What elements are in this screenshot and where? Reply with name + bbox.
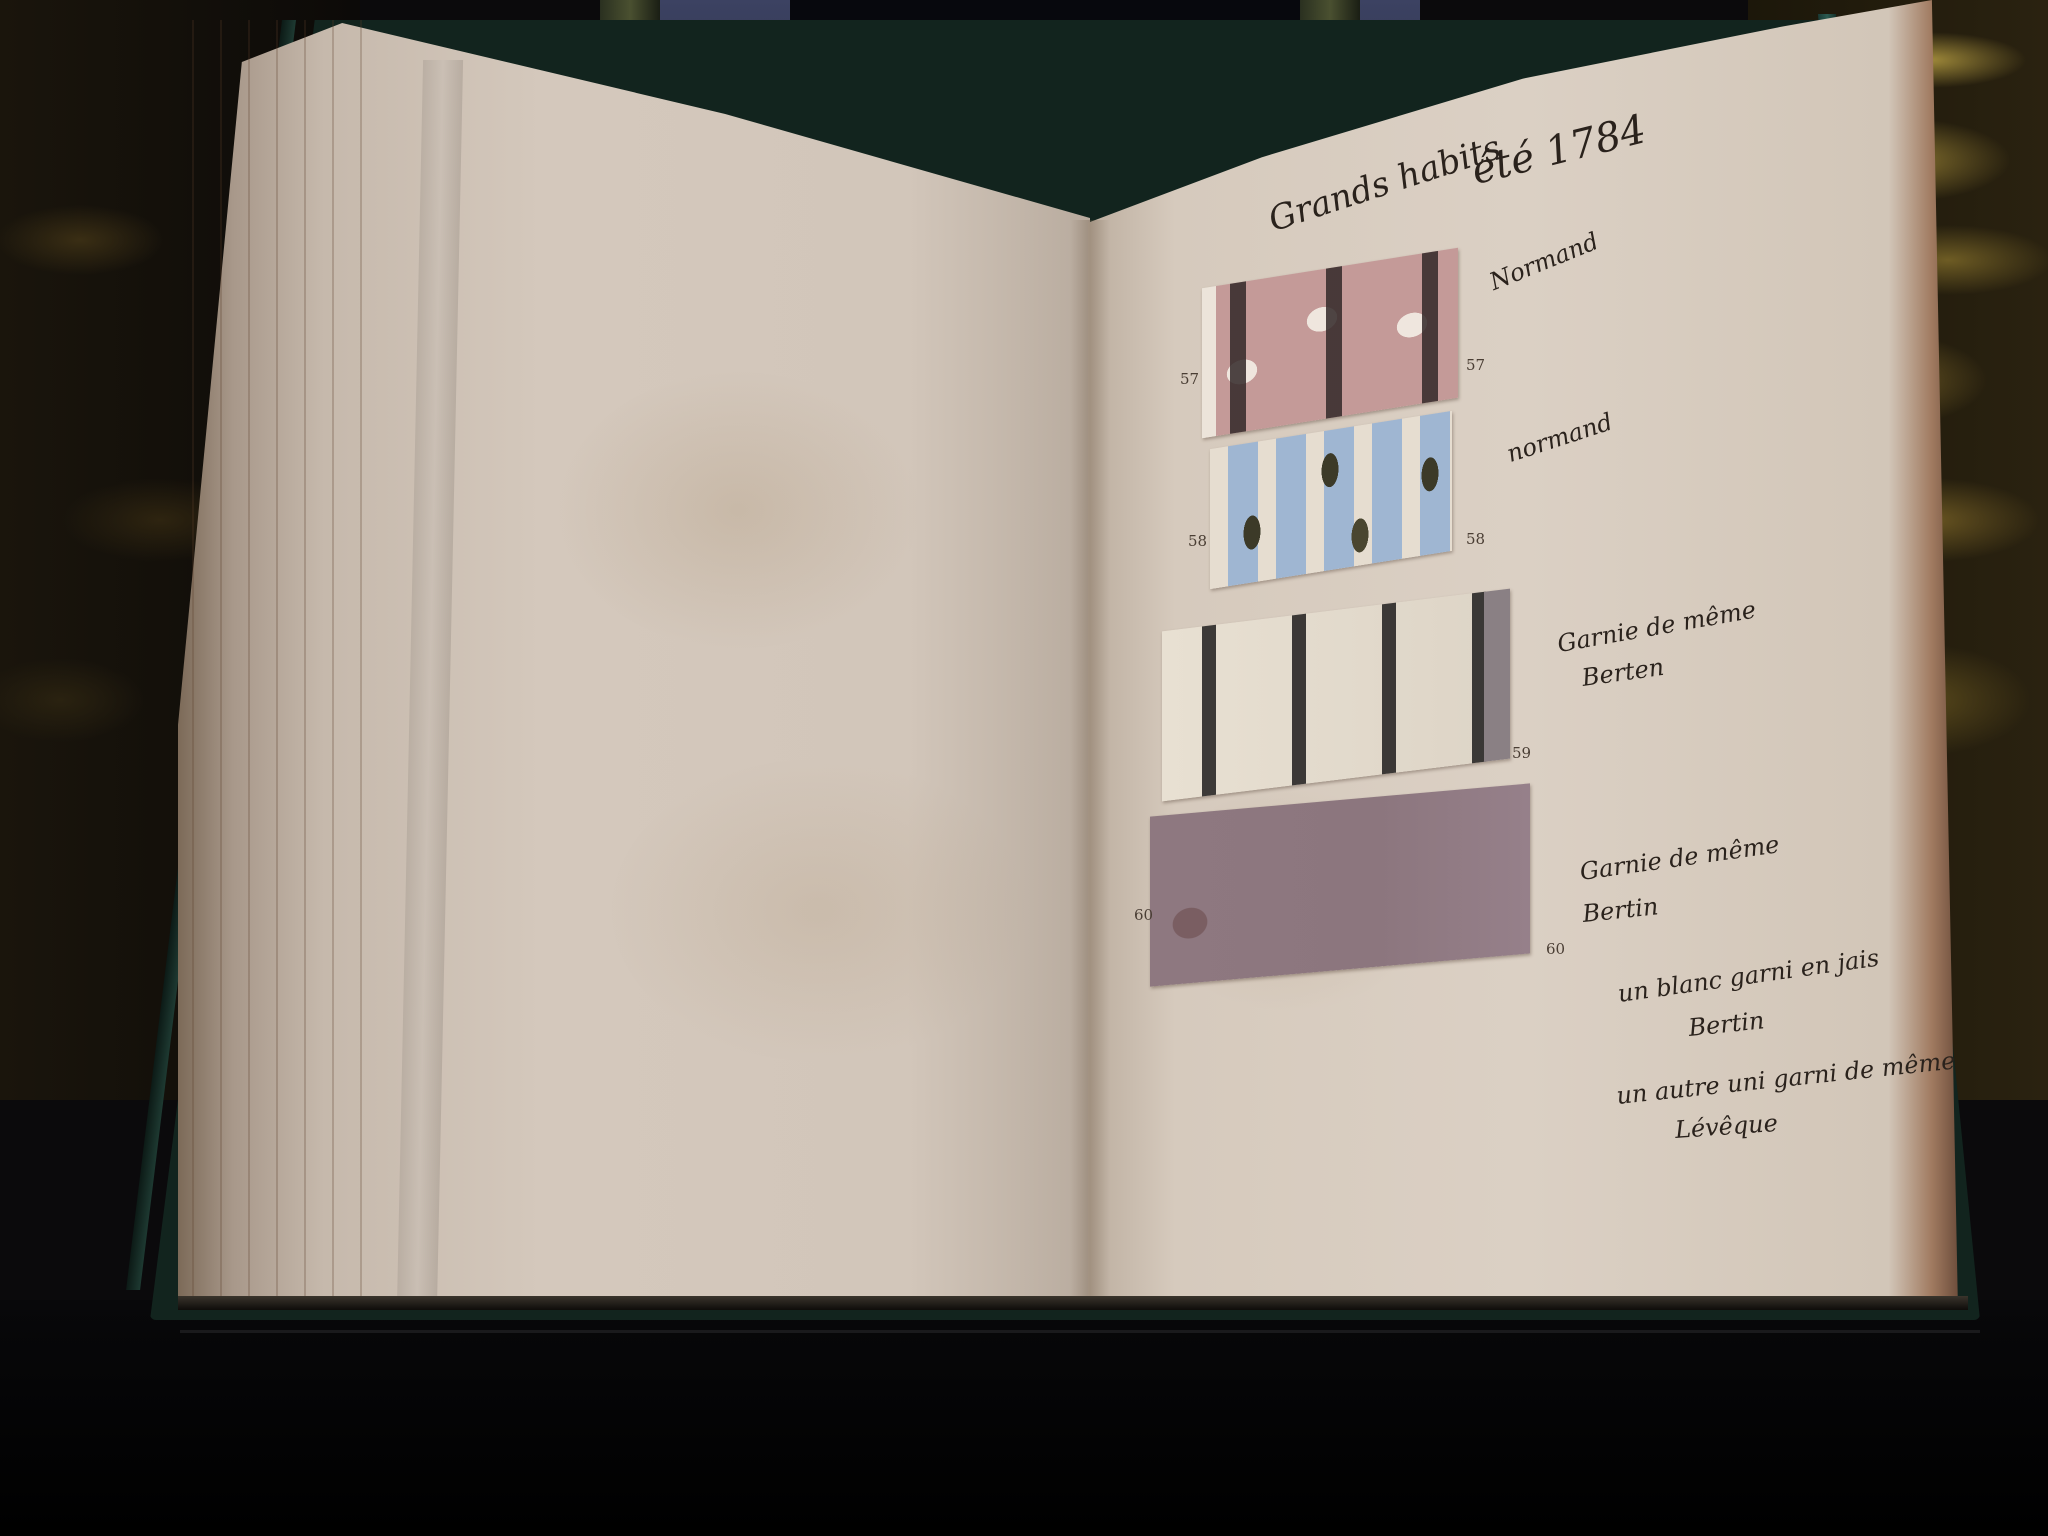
- swatch-number-left: 60: [1134, 906, 1153, 924]
- swatch-number-right: 58: [1466, 530, 1485, 548]
- left-page-fore-edge: [178, 20, 368, 1310]
- swatch-number-left: 58: [1188, 532, 1207, 550]
- fabric-swatch-60: [1150, 783, 1530, 986]
- swatch-number-right: 60: [1546, 940, 1565, 958]
- swatch-number: 59: [1512, 744, 1531, 762]
- book-gutter: [1070, 220, 1110, 1310]
- swatch-number-right: 57: [1466, 356, 1485, 374]
- swatch-number-left: 57: [1180, 370, 1199, 388]
- book-stand-edge: [180, 1330, 1980, 1333]
- page-bottom-edge: [178, 1296, 1968, 1310]
- display-base: [0, 1300, 2048, 1536]
- photo-scene: Grands habits été 1784 57 57 Normand 58 …: [0, 0, 2048, 1536]
